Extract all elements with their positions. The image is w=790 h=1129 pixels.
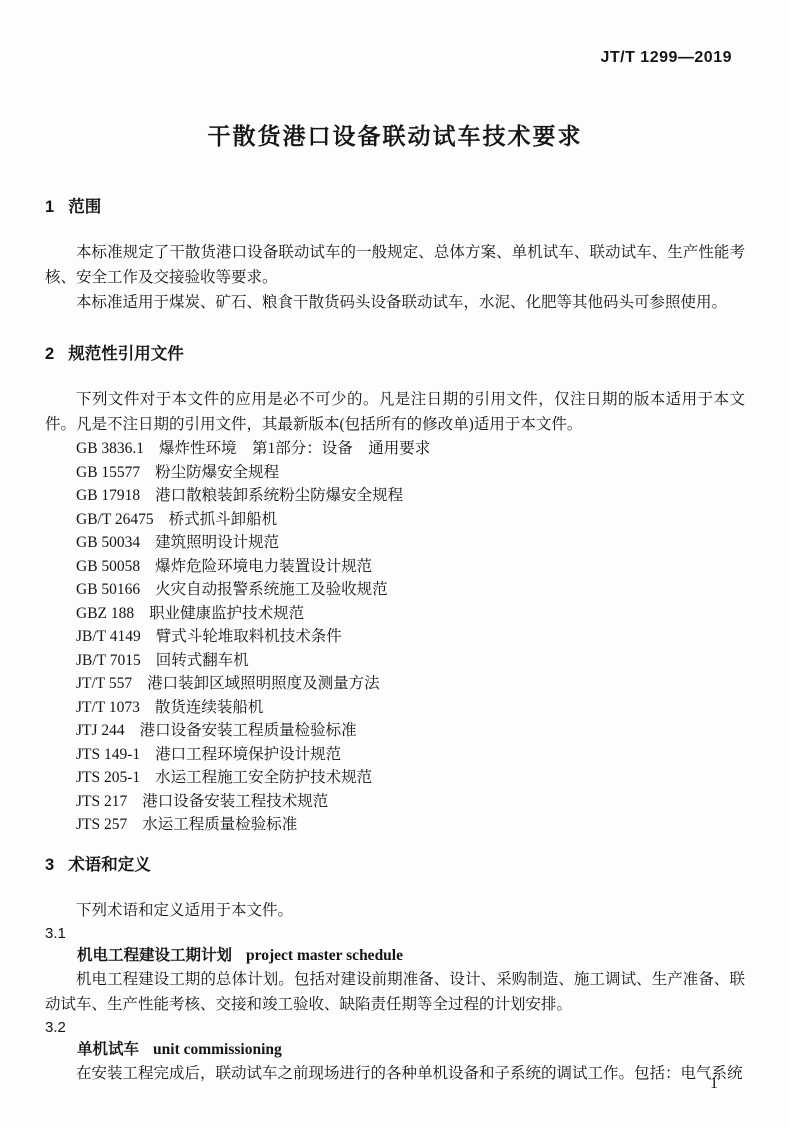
reference-title: 港口设备安装工程技术规范: [142, 793, 328, 810]
section-2-title: 规范性引用文件: [68, 345, 184, 363]
reference-item: GB/T 26475桥式抓斗卸船机: [45, 508, 745, 532]
reference-code: JTS 149-1: [76, 746, 140, 763]
section-1-heading: 1范围: [45, 196, 745, 218]
page-number: 1: [710, 1075, 718, 1093]
reference-item: JTJ 244港口设备安装工程质量检验标准: [45, 719, 745, 743]
reference-title: 职业健康监护技术规范: [149, 605, 304, 622]
reference-code: GB/T 26475: [76, 511, 154, 528]
reference-item: JTS 149-1港口工程环境保护设计规范: [45, 743, 745, 767]
reference-code: JB/T 4149: [76, 628, 141, 645]
reference-title: 桥式抓斗卸船机: [169, 511, 278, 528]
reference-item: GB 50058爆炸危险环境电力装置设计规范: [45, 555, 745, 579]
section-3-title: 术语和定义: [68, 856, 151, 874]
term-definition-3-2: 在安装工程完成后，联动试车之前现场进行的各种单机设备和子系统的调试工作。包括：电…: [45, 1061, 745, 1086]
section-2-number: 2: [45, 345, 54, 363]
reference-code: JT/T 1073: [76, 699, 140, 716]
reference-code: GB 50034: [76, 534, 140, 551]
reference-code: GB 15577: [76, 464, 140, 481]
reference-title: 散货连续装船机: [155, 699, 264, 716]
document-page: JT/T 1299—2019 干散货港口设备联动试车技术要求 1范围 本标准规定…: [0, 0, 790, 1129]
section-2-heading: 2规范性引用文件: [45, 343, 745, 365]
reference-title: 港口设备安装工程质量检验标准: [140, 722, 357, 739]
reference-title: 建筑照明设计规范: [155, 534, 279, 551]
reference-item: JTS 257水运工程质量检验标准: [45, 813, 745, 837]
reference-title: 臂式斗轮堆取料机技术条件: [156, 628, 342, 645]
reference-item: GB 50166火灾自动报警系统施工及验收规范: [45, 578, 745, 602]
reference-code: JB/T 7015: [76, 652, 141, 669]
reference-item: GB 3836.1爆炸性环境 第1部分：设备 通用要求: [45, 437, 745, 461]
reference-item: GBZ 188职业健康监护技术规范: [45, 602, 745, 626]
term-definition-3-1: 机电工程建设工期的总体计划。包括对建设前期准备、设计、采购制造、施工调试、生产准…: [45, 967, 745, 1017]
reference-title: 火灾自动报警系统施工及验收规范: [155, 581, 388, 598]
reference-item: JT/T 557港口装卸区域照明照度及测量方法: [45, 672, 745, 696]
term-en-3-2: unit commissioning: [153, 1041, 282, 1058]
reference-code: JTJ 244: [76, 722, 125, 739]
reference-code: JTS 217: [76, 793, 127, 810]
reference-title: 粉尘防爆安全规程: [155, 464, 279, 481]
reference-code: GB 17918: [76, 487, 140, 504]
reference-code: GB 50166: [76, 581, 140, 598]
reference-item: GB 50034建筑照明设计规范: [45, 531, 745, 555]
term-number-3-2: 3.2: [45, 1017, 745, 1039]
reference-code: GB 3836.1: [76, 440, 144, 457]
term-en-3-1: project master schedule: [246, 947, 403, 964]
reference-item: JT/T 1073散货连续装船机: [45, 696, 745, 720]
reference-code: JTS 257: [76, 816, 127, 833]
reference-item: GB 15577粉尘防爆安全规程: [45, 461, 745, 485]
reference-title: 港口散粮装卸系统粉尘防爆安全规程: [155, 487, 403, 504]
reference-title: 水运工程施工安全防护技术规范: [155, 769, 372, 786]
reference-code: JT/T 557: [76, 675, 132, 692]
section-3-number: 3: [45, 856, 54, 874]
term-line-3-1: 机电工程建设工期计划project master schedule: [45, 945, 745, 967]
reference-title: 爆炸危险环境电力装置设计规范: [155, 558, 372, 575]
document-body: 1范围 本标准规定了干散货港口设备联动试车的一般规定、总体方案、单机试车、联动试…: [45, 196, 745, 1086]
reference-title: 爆炸性环境 第1部分：设备 通用要求: [159, 440, 430, 457]
reference-item: JTS 205-1水运工程施工安全防护技术规范: [45, 766, 745, 790]
reference-code: JTS 205-1: [76, 769, 140, 786]
section-3-heading: 3术语和定义: [45, 854, 745, 876]
reference-item: JB/T 4149臂式斗轮堆取料机技术条件: [45, 625, 745, 649]
term-number-3-1: 3.1: [45, 923, 745, 945]
section-1-number: 1: [45, 198, 54, 216]
reference-code: GBZ 188: [76, 605, 134, 622]
term-line-3-2: 单机试车unit commissioning: [45, 1039, 745, 1061]
reference-item: JTS 217港口设备安装工程技术规范: [45, 790, 745, 814]
scope-paragraph-2: 本标准适用于煤炭、矿石、粮食干散货码头设备联动试车，水泥、化肥等其他码头可参照使…: [45, 290, 745, 315]
reference-title: 港口工程环境保护设计规范: [155, 746, 341, 763]
document-title: 干散货港口设备联动试车技术要求: [0, 118, 790, 151]
scope-paragraph-1: 本标准规定了干散货港口设备联动试车的一般规定、总体方案、单机试车、联动试车、生产…: [45, 240, 745, 290]
reference-code: GB 50058: [76, 558, 140, 575]
reference-title: 水运工程质量检验标准: [142, 816, 297, 833]
term-zh-3-2: 单机试车: [77, 1041, 139, 1058]
references-intro-paragraph: 下列文件对于本文件的应用是必不可少的。凡是注日期的引用文件，仅注日期的版本适用于…: [45, 387, 745, 437]
reference-item: JB/T 7015回转式翻车机: [45, 649, 745, 673]
section-1-title: 范围: [68, 198, 101, 216]
term-zh-3-1: 机电工程建设工期计划: [77, 947, 232, 964]
reference-title: 港口装卸区域照明照度及测量方法: [147, 675, 380, 692]
reference-title: 回转式翻车机: [156, 652, 249, 669]
reference-item: GB 17918港口散粮装卸系统粉尘防爆安全规程: [45, 484, 745, 508]
normative-references-list: GB 3836.1爆炸性环境 第1部分：设备 通用要求 GB 15577粉尘防爆…: [45, 437, 745, 837]
standard-number-header: JT/T 1299—2019: [600, 49, 732, 67]
terms-intro-paragraph: 下列术语和定义适用于本文件。: [45, 898, 745, 923]
